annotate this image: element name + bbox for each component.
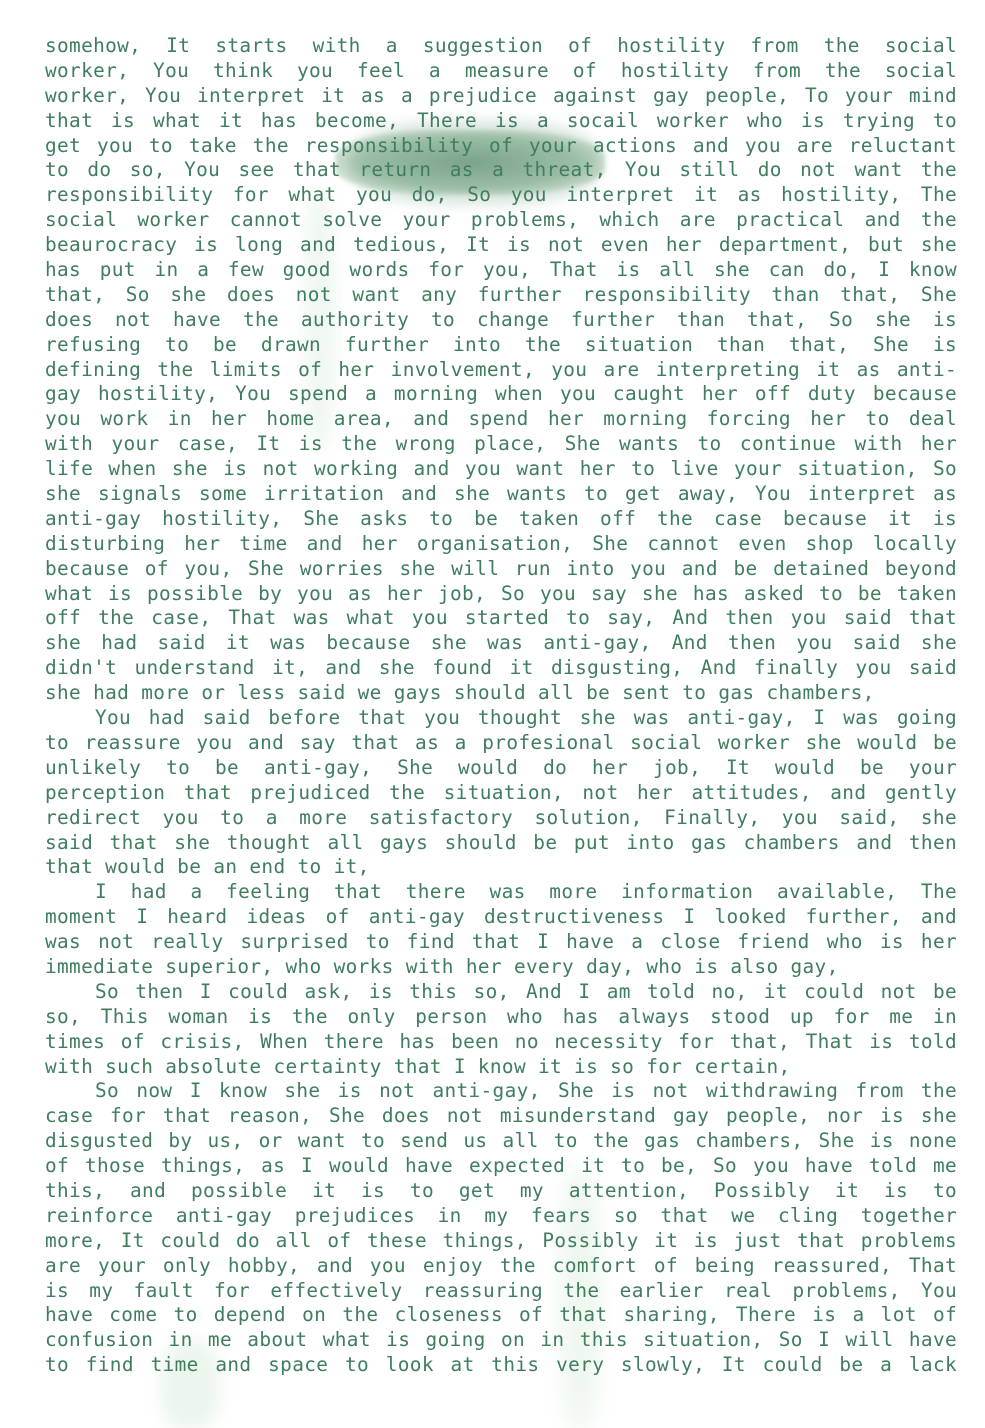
text-line: disturbing her time and her organisation… bbox=[45, 532, 957, 557]
text-line: what is possible by you as her job, So y… bbox=[45, 582, 957, 607]
text-line: to find time and space to look at this v… bbox=[45, 1353, 957, 1378]
text-line: beaurocracy is long and tedious, It is n… bbox=[45, 233, 957, 258]
text-line: she had said it was because she was anti… bbox=[45, 631, 957, 656]
text-line: was not really surprised to find that I … bbox=[45, 930, 957, 955]
paragraph: You had said before that you thought she… bbox=[45, 706, 957, 880]
text-line: somehow, It starts with a suggestion of … bbox=[45, 34, 957, 59]
paragraph: I had a feeling that there was more info… bbox=[45, 880, 957, 980]
text-line: moment I heard ideas of anti-gay destruc… bbox=[45, 905, 957, 930]
text-line: that, So she does not want any further r… bbox=[45, 283, 957, 308]
text-line: perception that prejudiced the situation… bbox=[45, 781, 957, 806]
text-line: gay hostility, You spend a morning when … bbox=[45, 382, 957, 407]
text-line: You had said before that you thought she… bbox=[45, 706, 957, 731]
text-line: case for that reason, She does not misun… bbox=[45, 1104, 957, 1129]
text-line: with your case, It is the wrong place, S… bbox=[45, 432, 957, 457]
text-line: this, and possible it is to get my atten… bbox=[45, 1179, 957, 1204]
text-line: are your only hobby, and you enjoy the c… bbox=[45, 1254, 957, 1279]
text-line: social worker cannot solve your problems… bbox=[45, 208, 957, 233]
text-line: So then I could ask, is this so, And I a… bbox=[45, 980, 957, 1005]
text-line: I had a feeling that there was more info… bbox=[45, 880, 957, 905]
text-line: So now I know she is not anti-gay, She i… bbox=[45, 1079, 957, 1104]
document-body: somehow, It starts with a suggestion of … bbox=[45, 34, 957, 1378]
text-line: refusing to be drawn further into the si… bbox=[45, 333, 957, 358]
text-line: didn't understand it, and she found it d… bbox=[45, 656, 957, 681]
text-line: is my fault for effectively reassuring t… bbox=[45, 1279, 957, 1304]
text-line: times of crisis, When there has been no … bbox=[45, 1030, 957, 1055]
text-line: redirect you to a more satisfactory solu… bbox=[45, 806, 957, 831]
text-line: reinforce anti-gay prejudices in my fear… bbox=[45, 1204, 957, 1229]
text-line: of those things, as I would have expecte… bbox=[45, 1154, 957, 1179]
text-line: because of you, She worries she will run… bbox=[45, 557, 957, 582]
text-line: have come to depend on the closeness of … bbox=[45, 1303, 957, 1328]
paragraph: So now I know she is not anti-gay, She i… bbox=[45, 1079, 957, 1378]
text-line: she had more or less said we gays should… bbox=[45, 681, 957, 706]
text-line: to reassure you and say that as a profes… bbox=[45, 731, 957, 756]
paragraph: So then I could ask, is this so, And I a… bbox=[45, 980, 957, 1080]
text-line: that would be an end to it, bbox=[45, 855, 957, 880]
text-line: does not have the authority to change fu… bbox=[45, 308, 957, 333]
text-line: immediate superior, who works with her e… bbox=[45, 955, 957, 980]
text-line: life when she is not working and you wan… bbox=[45, 457, 957, 482]
text-line: so, This woman is the only person who ha… bbox=[45, 1005, 957, 1030]
text-line: worker, You interpret it as a prejudice … bbox=[45, 84, 957, 109]
paragraph: somehow, It starts with a suggestion of … bbox=[45, 34, 957, 706]
text-line: confusion in me about what is going on i… bbox=[45, 1328, 957, 1353]
text-line: disgusted by us, or want to send us all … bbox=[45, 1129, 957, 1154]
scanned-typewritten-page: somehow, It starts with a suggestion of … bbox=[0, 0, 985, 1428]
text-line: she signals some irritation and she want… bbox=[45, 482, 957, 507]
text-line: with such absolute certainty that I know… bbox=[45, 1055, 957, 1080]
text-line: that is what it has become, There is a s… bbox=[45, 109, 957, 134]
text-line: defining the limits of her involvement, … bbox=[45, 358, 957, 383]
text-line: you work in her home area, and spend her… bbox=[45, 407, 957, 432]
text-line: worker, You think you feel a measure of … bbox=[45, 59, 957, 84]
text-line: to do so, You see that return as a threa… bbox=[45, 158, 957, 183]
text-line: has put in a few good words for you, Tha… bbox=[45, 258, 957, 283]
text-line: unlikely to be anti-gay, She would do he… bbox=[45, 756, 957, 781]
text-line: off the case, That was what you started … bbox=[45, 606, 957, 631]
text-line: responsibility for what you do, So you i… bbox=[45, 183, 957, 208]
text-line: more, It could do all of these things, P… bbox=[45, 1229, 957, 1254]
text-line: said that she thought all gays should be… bbox=[45, 831, 957, 856]
text-line: anti-gay hostility, She asks to be taken… bbox=[45, 507, 957, 532]
text-line: get you to take the responsibility of yo… bbox=[45, 134, 957, 159]
